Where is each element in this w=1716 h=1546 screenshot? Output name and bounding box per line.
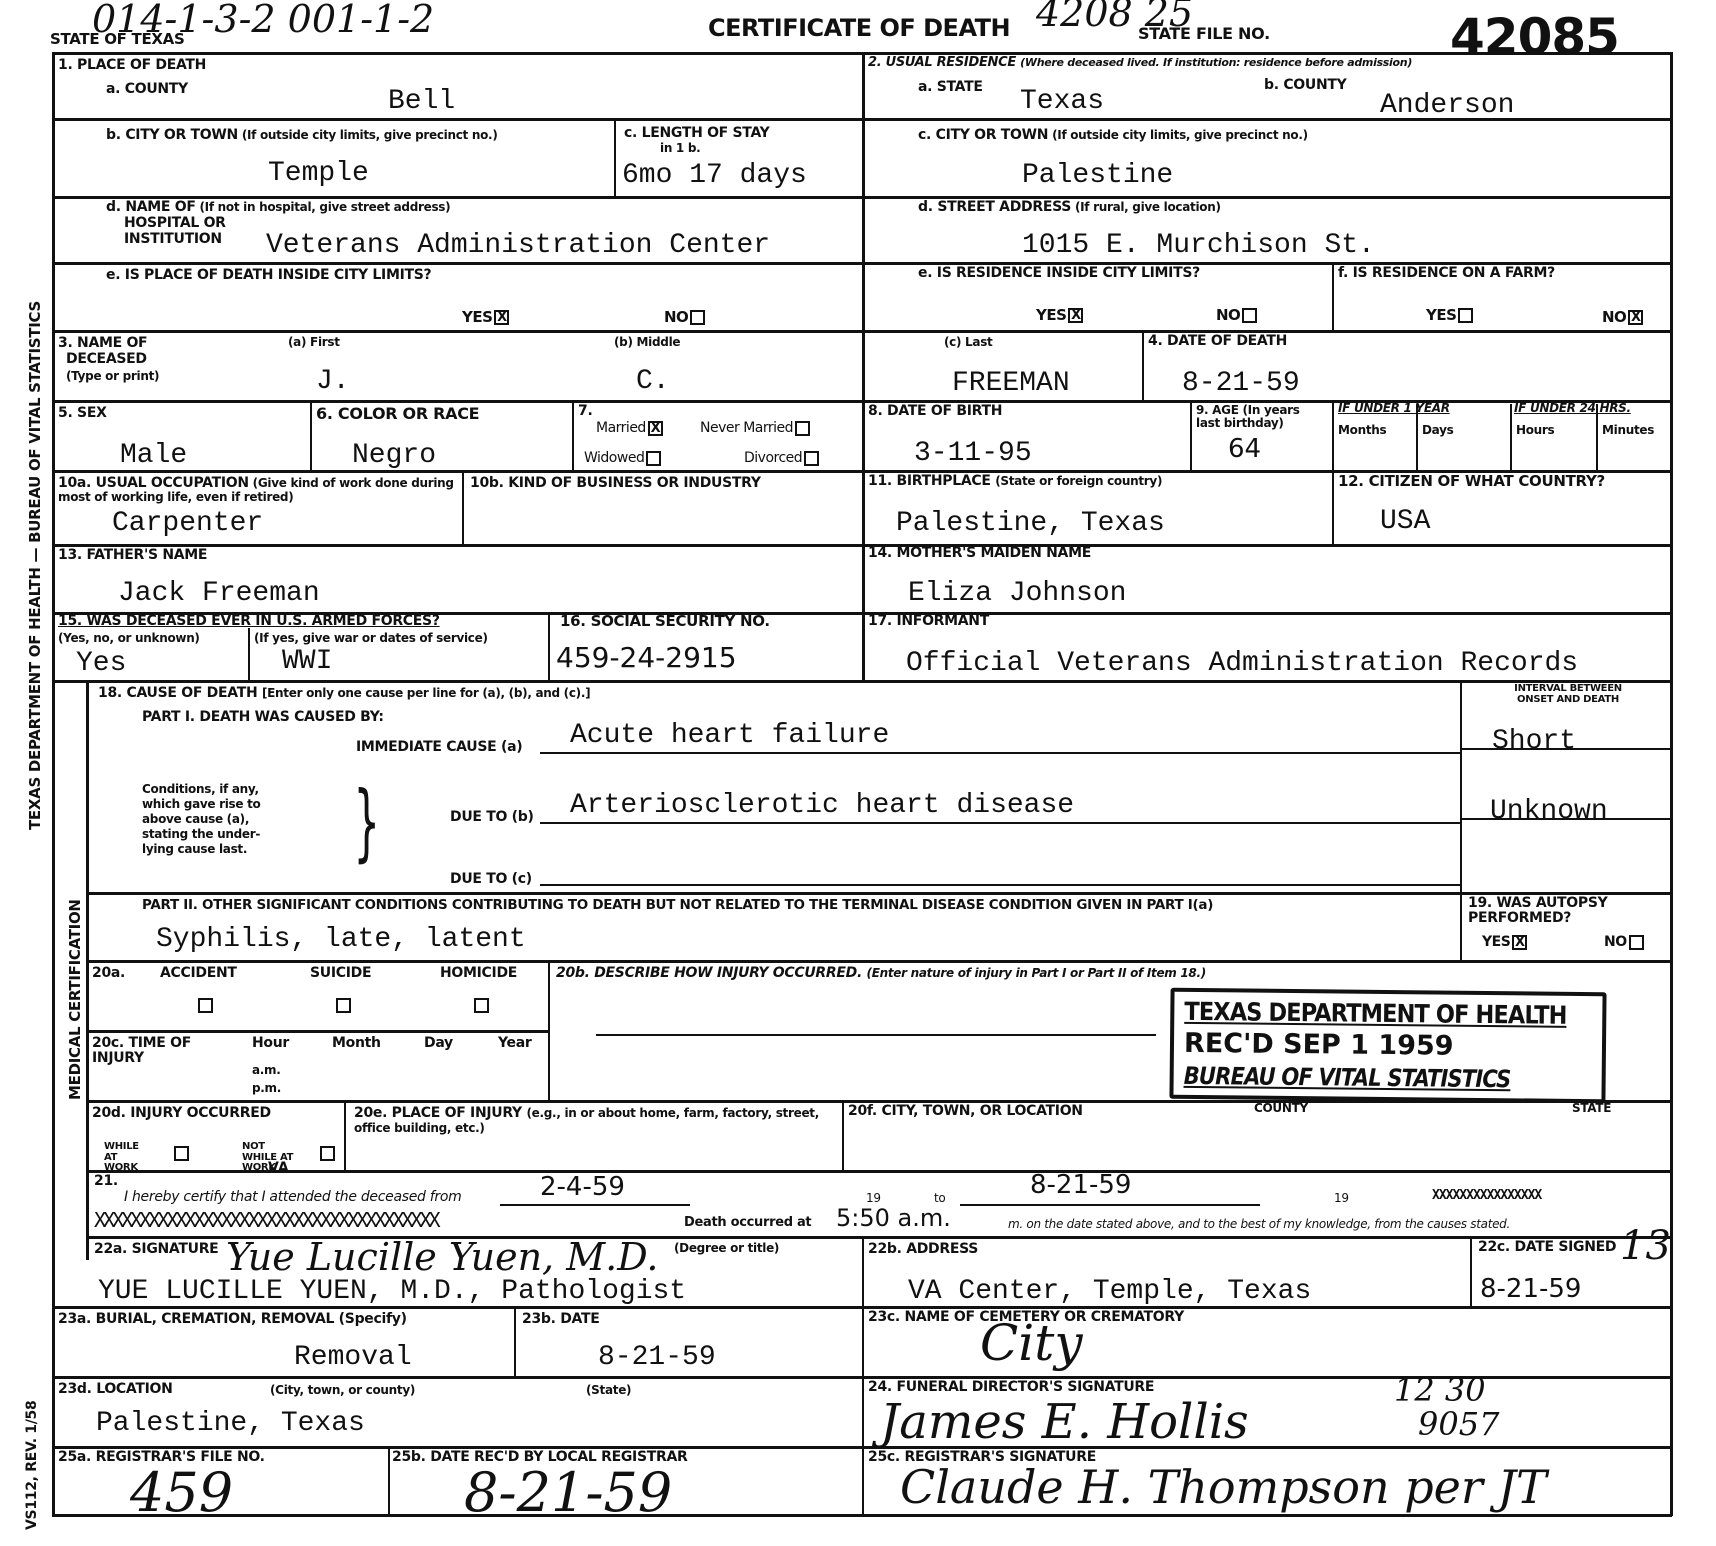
conditions-hint: Conditions, if any, which gave rise to a… <box>142 782 288 857</box>
month-label: Month <box>332 1036 381 1051</box>
residence-county-label: b. COUNTY <box>1264 78 1346 93</box>
year-label: Year <box>498 1036 532 1051</box>
funeral-note-2: 9057 <box>1418 1408 1499 1440</box>
immediate-cause-line <box>540 752 1460 754</box>
cert-text-1: I hereby certify that I attended the dec… <box>124 1190 461 1205</box>
place-of-death-label: 1. PLACE OF DEATH <box>58 58 206 73</box>
residence-street-hint: (If rural, give location) <box>1075 200 1221 214</box>
armed-forces-label: 15. WAS DECEASED EVER IN U.S. ARMED FORC… <box>58 614 440 629</box>
row-line <box>52 196 1672 199</box>
hospital-label-2: HOSPITAL OR <box>124 216 226 231</box>
cause-hint: [Enter only one cause per line for (a), … <box>262 686 590 700</box>
homicide-checkbox[interactable] <box>474 998 489 1013</box>
no-label: NO <box>1602 308 1626 326</box>
stay-sub-label: in 1 b. <box>660 142 700 155</box>
birthplace-value: Palestine, Texas <box>896 510 1165 538</box>
physician-signature: Yue Lucille Yuen, M.D. <box>226 1238 658 1276</box>
funeral-director-signature: James E. Hollis <box>880 1398 1249 1446</box>
immediate-cause-label: IMMEDIATE CAUSE (a) <box>356 740 522 755</box>
certificate-title: CERTIFICATE OF DEATH <box>708 16 1010 41</box>
burial-date-label: 23b. DATE <box>522 1312 599 1327</box>
funeral-note-1: 12 30 <box>1394 1374 1486 1406</box>
checkbox-checked[interactable]: X <box>1628 310 1643 325</box>
describe-injury-line <box>596 1034 1156 1036</box>
under-1-year-label: IF UNDER 1 YEAR <box>1338 402 1450 415</box>
widowed-option[interactable]: Widowed <box>584 450 661 466</box>
residence-inside-city-no[interactable]: NO <box>1216 306 1257 324</box>
col-line <box>1510 404 1512 470</box>
yes-label: YES <box>1426 306 1456 324</box>
disposition-label: 23a. BURIAL, CREMATION, REMOVAL (Specify… <box>58 1312 407 1327</box>
death-inside-city-no[interactable]: NO <box>664 308 705 326</box>
homicide-label: HOMICIDE <box>440 966 517 981</box>
no-label: NO <box>1604 934 1627 950</box>
yes-label: YES <box>462 308 492 326</box>
received-stamp: TEXAS DEPARTMENT OF HEALTH REC'D SEP 1 1… <box>1169 988 1606 1104</box>
hospital-value: Veterans Administration Center <box>266 232 770 260</box>
residence-inside-city-yes[interactable]: YESX <box>1036 306 1083 324</box>
residence-street-label-text: d. STREET ADDRESS <box>918 199 1071 215</box>
injury-city-label: 20f. CITY, TOWN, OR LOCATION <box>848 1104 1083 1119</box>
residence-section-hint: (Where deceased lived. If institution: r… <box>1020 56 1412 69</box>
date-signed-value: 8-21-59 <box>1480 1276 1581 1302</box>
death-city-hint: (If outside city limits, give precinct n… <box>242 128 498 142</box>
autopsy-label: 19. WAS AUTOPSY PERFORMED? <box>1468 896 1668 925</box>
interval-a-line <box>1460 748 1672 750</box>
describe-injury-label: 20b. DESCRIBE HOW INJURY OCCURRED. (Ente… <box>556 966 1206 981</box>
interval-label: INTERVAL BETWEEN ONSET AND DEATH <box>1508 684 1628 705</box>
death-inside-city-yes[interactable]: YESX <box>462 308 509 326</box>
margin-department-label: TEXAS DEPARTMENT OF HEALTH — BUREAU OF V… <box>26 270 44 830</box>
death-city-label-text: b. CITY OR TOWN <box>106 127 238 143</box>
no-label: NO <box>1216 306 1240 324</box>
col-line <box>462 470 464 544</box>
never-married-label: Never Married <box>700 420 793 436</box>
day-label: Day <box>424 1036 453 1051</box>
center-divider-top <box>862 52 865 682</box>
col-line <box>1460 680 1462 960</box>
checkbox-checked[interactable]: X <box>1512 935 1527 950</box>
last-name-label: (c) Last <box>944 336 992 349</box>
residence-farm-no[interactable]: NOX <box>1602 308 1643 326</box>
death-county-label: a. COUNTY <box>106 82 188 97</box>
accident-label: ACCIDENT <box>160 966 237 981</box>
checkbox-checked[interactable]: X <box>1068 308 1083 323</box>
name-label-3: (Type or print) <box>66 370 159 383</box>
col-line <box>862 1236 864 1516</box>
place-of-injury-label: 20e. PLACE OF INJURY (e.g., in or about … <box>354 1106 838 1135</box>
checkbox-checked[interactable]: X <box>648 421 663 436</box>
describe-injury-label-text: 20b. DESCRIBE HOW INJURY OCCURRED. <box>556 965 862 981</box>
father-value: Jack Freeman <box>118 580 320 608</box>
injury-county-label: COUNTY <box>1254 1102 1308 1115</box>
residence-state-value: Texas <box>1020 88 1104 116</box>
location-value: Palestine, Texas <box>96 1410 365 1438</box>
hospital-label-3: INSTITUTION <box>124 232 222 247</box>
hospital-label-1: d. NAME OF <box>106 199 196 215</box>
checkbox[interactable] <box>1242 308 1257 323</box>
row-line <box>52 680 1672 683</box>
funeral-director-label: 24. FUNERAL DIRECTOR'S SIGNATURE <box>868 1380 1154 1395</box>
degree-label: (Degree or title) <box>674 1242 779 1255</box>
residence-city-label: c. CITY OR TOWN (If outside city limits,… <box>918 128 1308 143</box>
cert-from-value: 2-4-59 <box>540 1174 625 1200</box>
autopsy-no[interactable]: NO <box>1604 934 1644 950</box>
married-option[interactable]: MarriedX <box>596 420 663 436</box>
col-line <box>388 1446 390 1516</box>
yes-label: YES <box>1036 306 1066 324</box>
registrar-signature: Claude H. Thompson per JT <box>900 1464 1547 1510</box>
cause-label: 18. CAUSE OF DEATH [Enter only one cause… <box>98 686 590 701</box>
row-line <box>86 1170 1672 1173</box>
age-label: 9. AGE (In years last birthday) <box>1196 404 1326 429</box>
residence-city-label-text: c. CITY OR TOWN <box>918 127 1048 143</box>
describe-injury-hint: (Enter nature of injury in Part I or Par… <box>867 966 1206 980</box>
checkbox[interactable] <box>795 421 810 436</box>
registrar-date-value: 8-21-59 <box>464 1466 672 1520</box>
birthplace-hint: (State or foreign country) <box>995 474 1162 488</box>
marital-label: 7. <box>578 404 592 419</box>
col-line <box>614 118 616 196</box>
race-value: Negro <box>352 442 436 470</box>
father-label: 13. FATHER'S NAME <box>58 548 207 563</box>
injury-occurred-label: 20d. INJURY OCCURRED <box>92 1106 271 1121</box>
cert-time-value: 5:50 a.m. <box>836 1206 951 1230</box>
race-label: 6. COLOR OR RACE <box>316 406 479 423</box>
cert-nineteen-2: 19 <box>1334 1192 1349 1205</box>
married-label: Married <box>596 420 646 436</box>
death-city-value: Temple <box>268 160 369 188</box>
hour-label: Hour <box>252 1036 289 1051</box>
row-line <box>52 330 1672 333</box>
interval-b-line <box>1460 818 1672 820</box>
name-label-2: DECEASED <box>66 352 147 367</box>
hospital-hint: (If not in hospital, give street address… <box>200 200 451 214</box>
va-note: VA <box>268 1160 289 1176</box>
col-line <box>514 1306 516 1376</box>
interval-b-value: Unknown <box>1490 798 1608 826</box>
residence-county-value: Anderson <box>1380 92 1514 120</box>
checkbox-checked[interactable]: X <box>494 310 509 325</box>
cert-to-line <box>960 1204 1260 1206</box>
divorced-label: Divorced <box>744 450 802 466</box>
checkbox[interactable] <box>804 451 819 466</box>
time-of-injury-label: 20c. TIME OF INJURY <box>92 1036 192 1065</box>
state-file-label: STATE FILE NO. <box>1138 26 1270 43</box>
residence-street-value: 1015 E. Murchison St. <box>1022 232 1375 260</box>
date-of-death-value: 8-21-59 <box>1182 370 1300 398</box>
mother-value: Eliza Johnson <box>908 580 1126 608</box>
hours-label: Hours <box>1516 424 1554 437</box>
checkbox[interactable] <box>690 310 705 325</box>
burial-date-value: 8-21-59 <box>598 1344 716 1372</box>
due-to-b-label: DUE TO (b) <box>450 810 534 825</box>
residence-inside-city-label: e. IS RESIDENCE INSIDE CITY LIMITS? <box>918 266 1200 281</box>
date-signed-note: 13 <box>1620 1226 1671 1266</box>
physician-typed-name: YUE LUCILLE YUEN, M.D., Pathologist <box>98 1278 686 1306</box>
col-line <box>1142 330 1144 400</box>
middle-name-label: (b) Middle <box>614 336 680 349</box>
part2-value: Syphilis, late, latent <box>156 926 526 954</box>
col-line <box>548 612 550 680</box>
registrar-file-value: 459 <box>130 1466 233 1520</box>
hospital-label: d. NAME OF (If not in hospital, give str… <box>106 200 450 215</box>
occupation-label-text: 10a. USUAL OCCUPATION <box>58 475 249 491</box>
minutes-label: Minutes <box>1602 424 1654 437</box>
row-line <box>86 960 1672 963</box>
checkbox[interactable] <box>646 451 661 466</box>
residence-farm-yes[interactable]: YES <box>1426 306 1473 324</box>
injury-state-label: STATE <box>1572 1102 1611 1115</box>
label-20a: 20a. <box>92 966 125 981</box>
residence-section-label: 2. USUAL RESIDENCE <box>868 55 1016 70</box>
citizen-label: 12. CITIZEN OF WHAT COUNTRY? <box>1338 474 1605 490</box>
cause-label-text: 18. CAUSE OF DEATH <box>98 685 257 701</box>
col-line <box>572 400 574 470</box>
cert-text-3: m. on the date stated above, and to the … <box>1008 1218 1510 1231</box>
col-line <box>1470 1236 1472 1306</box>
business-label: 10b. KIND OF BUSINESS OR INDUSTRY <box>470 476 761 491</box>
medical-cert-divider <box>86 682 89 1260</box>
yes-label: YES <box>1482 934 1510 950</box>
never-married-option[interactable]: Never Married <box>700 420 810 436</box>
informant-label: 17. INFORMANT <box>868 614 989 629</box>
col-line <box>1190 400 1192 470</box>
frame-left <box>52 52 55 1516</box>
armed-forces-hint: (Yes, no, or unknown) <box>58 632 200 645</box>
birthplace-label: 11. BIRTHPLACE (State or foreign country… <box>868 474 1162 489</box>
widowed-label: Widowed <box>584 450 644 466</box>
date-of-death-label: 4. DATE OF DEATH <box>1148 334 1287 349</box>
cert-struck-right: XXXXXXXXXXXXXXXX <box>1432 1188 1541 1203</box>
death-inside-city-label: e. IS PLACE OF DEATH INSIDE CITY LIMITS? <box>106 268 431 283</box>
stay-value: 6mo 17 days <box>622 162 807 190</box>
row-line <box>86 892 1672 895</box>
first-name-value: J. <box>316 368 350 396</box>
war-value: WWI <box>282 648 332 676</box>
ssn-label: 16. SOCIAL SECURITY NO. <box>560 614 770 630</box>
stamp-line-1: TEXAS DEPARTMENT OF HEALTH <box>1184 996 1552 1031</box>
cert-label: 21. <box>94 1174 118 1189</box>
residence-label: 2. USUAL RESIDENCE (Where deceased lived… <box>868 56 1412 70</box>
part1-label: PART I. DEATH WAS CAUSED BY: <box>142 710 384 725</box>
col-line <box>842 1100 844 1170</box>
due-to-c-label: DUE TO (c) <box>450 872 532 887</box>
occupation-label: 10a. USUAL OCCUPATION (Give kind of work… <box>58 476 462 503</box>
age-value: 64 <box>1228 434 1261 464</box>
cert-struck-x: XXXXXXXXXXXXXXXXXXXXXXXXXXXXXXXXXXXXXX <box>94 1210 438 1230</box>
while-at-work-checkbox[interactable] <box>174 1146 189 1161</box>
under-24-hrs-label: IF UNDER 24 HRS. <box>1514 402 1631 415</box>
location-label: 23d. LOCATION <box>58 1382 173 1397</box>
conditions-brace: } <box>353 780 380 864</box>
war-hint: (If yes, give war or dates of service) <box>254 632 488 645</box>
days-label: Days <box>1422 424 1453 437</box>
residence-state-label: a. STATE <box>918 80 983 95</box>
last-name-value: FREEMAN <box>952 370 1070 398</box>
sex-label: 5. SEX <box>58 406 107 421</box>
interval-a-value: Short <box>1492 728 1576 756</box>
dob-value: 3-11-95 <box>914 440 1032 468</box>
suicide-checkbox[interactable] <box>336 998 351 1013</box>
no-label: NO <box>664 308 688 326</box>
location-hint: (City, town, or county) <box>270 1384 415 1397</box>
not-while-at-work-checkbox[interactable] <box>320 1146 335 1161</box>
margin-medical-certification: MEDICAL CERTIFICATION <box>66 899 84 1100</box>
name-label-1: 3. NAME OF <box>58 336 147 351</box>
residence-farm-label: f. IS RESIDENCE ON A FARM? <box>1338 266 1555 281</box>
disposition-value: Removal <box>294 1344 412 1372</box>
divorced-option[interactable]: Divorced <box>744 450 819 466</box>
row-line <box>86 1030 548 1033</box>
address-value: VA Center, Temple, Texas <box>908 1278 1311 1306</box>
checkbox[interactable] <box>1458 308 1473 323</box>
part2-label: PART II. OTHER SIGNIFICANT CONDITIONS CO… <box>142 898 1213 912</box>
stamp-line-3: BUREAU OF VITAL STATISTICS <box>1184 1061 1543 1095</box>
residence-city-hint: (If outside city limits, give precinct n… <box>1052 128 1308 142</box>
stay-label: c. LENGTH OF STAY <box>624 126 770 141</box>
citizen-value: USA <box>1380 508 1430 536</box>
due-to-b-line <box>540 822 1460 824</box>
suicide-label: SUICIDE <box>310 966 371 981</box>
autopsy-yes[interactable]: YESX <box>1482 934 1527 950</box>
checkbox[interactable] <box>1629 935 1644 950</box>
due-to-c-line <box>540 884 1460 886</box>
cert-to-label: to <box>934 1192 945 1205</box>
accident-checkbox[interactable] <box>198 998 213 1013</box>
dob-label: 8. DATE OF BIRTH <box>868 404 1002 419</box>
mother-label: 14. MOTHER'S MAIDEN NAME <box>868 546 1091 561</box>
ssn-value: 459-24-2915 <box>556 644 737 672</box>
col-line <box>310 400 312 470</box>
residence-city-value: Palestine <box>1022 162 1173 190</box>
cemetery-value: City <box>980 1318 1083 1368</box>
signature-label: 22a. SIGNATURE <box>94 1242 218 1257</box>
residence-street-label: d. STREET ADDRESS (If rural, give locati… <box>918 200 1221 215</box>
row-line <box>52 544 1672 547</box>
months-label: Months <box>1338 424 1386 437</box>
address-label: 22b. ADDRESS <box>868 1242 978 1257</box>
informant-value: Official Veterans Administration Records <box>906 650 1578 678</box>
due-to-b-value: Arteriosclerotic heart disease <box>570 792 1074 820</box>
col-line <box>548 960 550 1100</box>
col-line <box>1332 400 1334 544</box>
while-at-work-label: WHILE AT WORK <box>104 1142 154 1174</box>
margin-form-rev: VS112, REV. 1/58 <box>24 1401 40 1530</box>
date-signed-label: 22c. DATE SIGNED <box>1478 1240 1616 1255</box>
cert-text-2: Death occurred at <box>684 1216 811 1230</box>
col-line <box>248 628 250 680</box>
cert-nineteen-1: 19 <box>866 1192 881 1205</box>
middle-name-value: C. <box>636 368 670 396</box>
armed-forces-value: Yes <box>76 650 126 678</box>
death-city-label: b. CITY OR TOWN (If outside city limits,… <box>106 128 498 143</box>
first-name-label: (a) First <box>288 336 340 349</box>
place-of-injury-label-text: 20e. PLACE OF INJURY <box>354 1105 522 1121</box>
immediate-cause-value: Acute heart failure <box>570 722 889 750</box>
death-county-value: Bell <box>388 88 455 116</box>
am-label: a.m. <box>252 1064 281 1077</box>
stamp-line-2: REC'D SEP 1 1959 <box>1184 1027 1592 1065</box>
col-line <box>344 1100 346 1170</box>
sex-value: Male <box>120 442 187 470</box>
cert-from-line <box>500 1204 690 1206</box>
cert-to-value: 8-21-59 <box>1030 1172 1131 1198</box>
state-hint: (State) <box>586 1384 631 1397</box>
occupation-value: Carpenter <box>112 510 263 538</box>
pm-label: p.m. <box>252 1082 281 1095</box>
frame-right <box>1670 52 1673 1516</box>
state-label: STATE OF TEXAS <box>50 32 185 48</box>
col-line <box>1332 262 1334 330</box>
birthplace-label-text: 11. BIRTHPLACE <box>868 473 991 489</box>
